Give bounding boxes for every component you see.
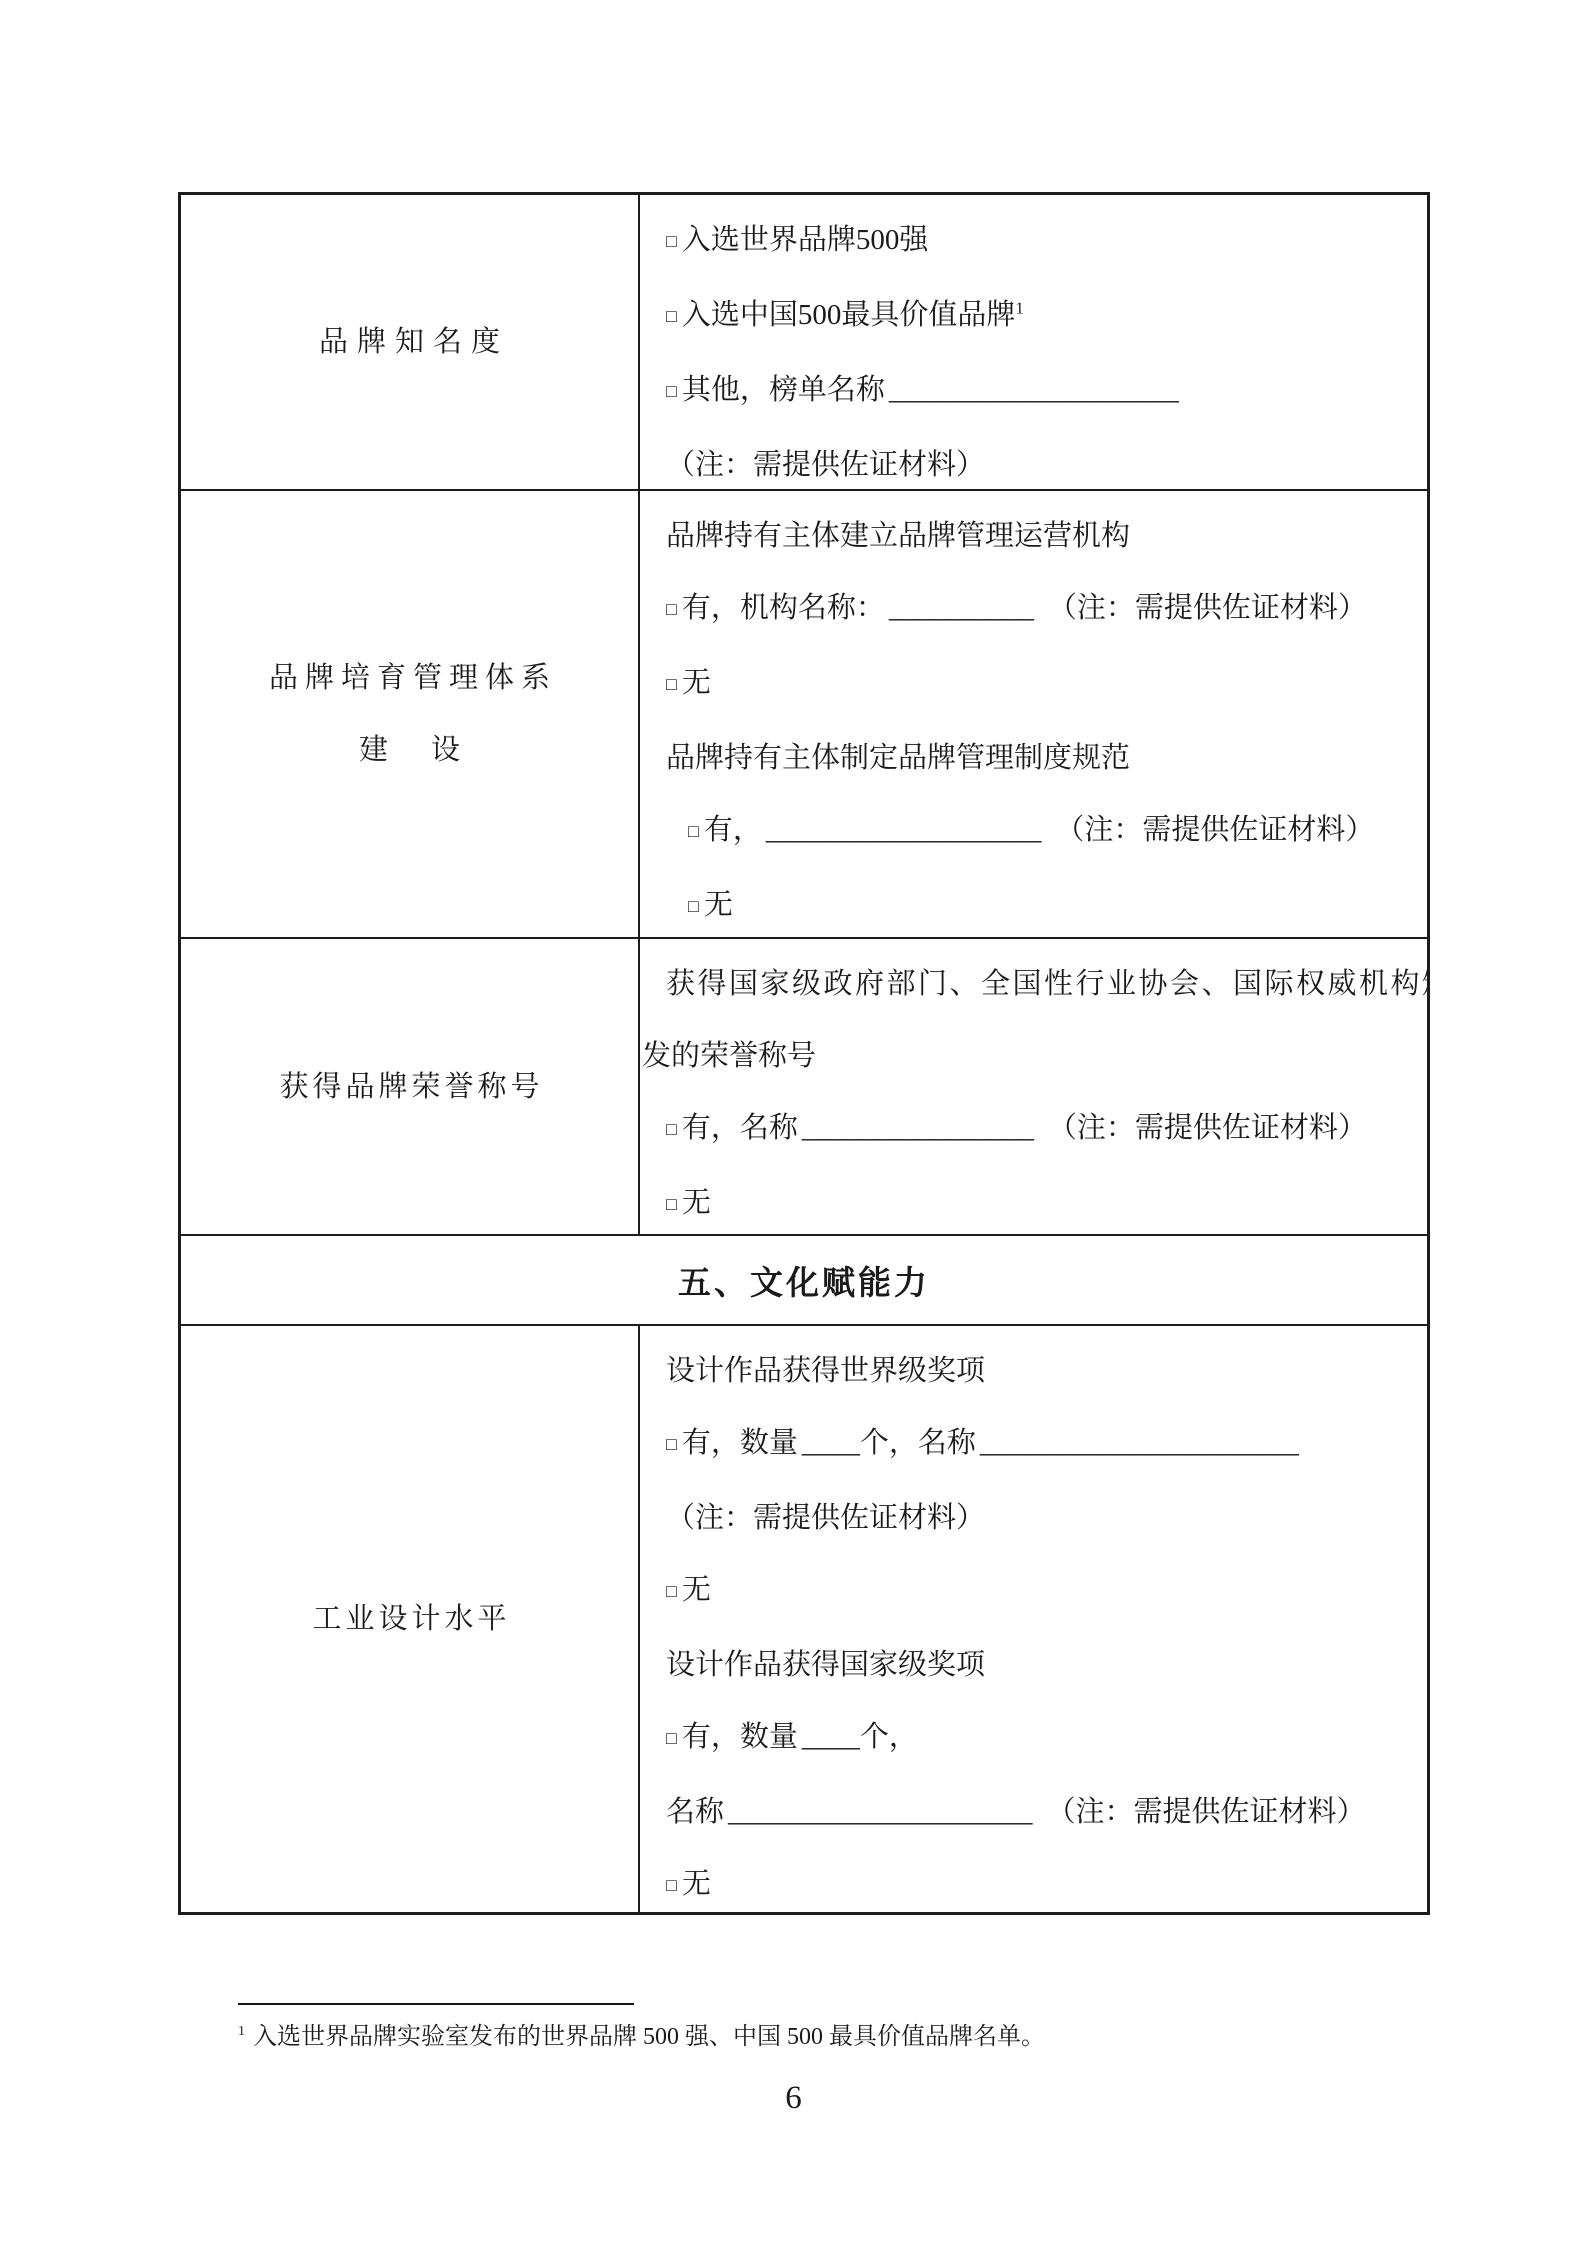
checkbox-icon[interactable]: □	[666, 1555, 677, 1627]
form-line: □有，数量____个，	[666, 1701, 1409, 1776]
line-text: 无	[682, 1868, 711, 1900]
line-text: 发的荣誉称号	[642, 1040, 816, 1072]
section-header-text: 五、文化赋能力	[678, 1257, 930, 1304]
checkbox-icon[interactable]: □	[666, 1849, 677, 1912]
fill-in-blank: ____________________	[889, 374, 1179, 406]
statement-line: 品牌持有主体建立品牌管理运营机构	[666, 500, 1409, 572]
fill-in-blank: ________________	[802, 1112, 1034, 1144]
row-label-text: 建 设	[352, 714, 467, 786]
line-text: 无	[682, 667, 711, 699]
line-text: 无	[682, 1187, 711, 1219]
footnote-marker: 1	[238, 2024, 245, 2039]
checkbox-icon[interactable]: □	[666, 280, 677, 352]
checkbox-icon[interactable]: □	[666, 1702, 677, 1774]
checkbox-icon[interactable]: □	[666, 573, 677, 645]
footnote-separator	[238, 2003, 634, 2005]
row-label-text: 工业设计水平	[308, 1583, 510, 1655]
section-header: 五、文化赋能力	[181, 1236, 1427, 1324]
page-number: 6	[0, 2080, 1587, 2117]
note-text: （注：需提供佐证材料）	[1055, 814, 1374, 846]
note-text: （注：需提供佐证材料）	[666, 1502, 985, 1534]
note-line: （注：需提供佐证材料）	[666, 1482, 1409, 1554]
footnote-ref: 1	[1015, 298, 1023, 317]
row-content: □入选世界品牌500强 □入选中国500最具价值品牌1 □其他，榜单名称____…	[640, 195, 1427, 489]
line-text: 获得国家级政府部门、全国性行业协会、国际权威机构颁	[666, 968, 1427, 1000]
row-label-text: 品牌知名度	[310, 306, 509, 378]
note-text: （注：需提供佐证材料）	[666, 449, 985, 481]
row-label: 工业设计水平	[181, 1326, 640, 1912]
row-content: 获得国家级政府部门、全国性行业协会、国际权威机构颁 发的荣誉称号 □有，名称__…	[640, 939, 1427, 1234]
table-row-brand-honor: 获得品牌荣誉称号 获得国家级政府部门、全国性行业协会、国际权威机构颁 发的荣誉称…	[181, 939, 1427, 1236]
line-text: 有，	[704, 814, 762, 846]
line-text: 品牌持有主体建立品牌管理运营机构	[666, 520, 1130, 552]
line-text: 无	[682, 1574, 711, 1606]
table-row-section-header: 五、文化赋能力	[181, 1236, 1427, 1326]
line-text: 有，名称	[682, 1112, 798, 1144]
form-line: □无	[666, 1848, 1409, 1912]
form-line: □无	[666, 1554, 1409, 1629]
form-line: □有，___________________（注：需提供佐证材料）	[688, 794, 1409, 869]
form-line: □无	[666, 647, 1409, 722]
row-label: 品牌知名度	[181, 195, 640, 489]
line-text: 有，数量	[682, 1721, 798, 1753]
form-line: □无	[666, 1167, 1409, 1234]
fill-in-blank: _____________________	[728, 1796, 1033, 1828]
checkbox-icon[interactable]: □	[666, 1408, 677, 1480]
line-text: 个，名称	[860, 1427, 976, 1459]
form-line: □其他，榜单名称____________________	[666, 354, 1409, 429]
statement-line: 品牌持有主体制定品牌管理制度规范	[666, 722, 1409, 794]
form-line: □有，机构名称：__________（注：需提供佐证材料）	[666, 572, 1409, 647]
form-table: 品牌知名度 □入选世界品牌500强 □入选中国500最具价值品牌1 □其他，榜单…	[178, 192, 1430, 1915]
checkbox-icon[interactable]: □	[688, 795, 699, 867]
form-line: □无	[688, 869, 1409, 937]
checkbox-icon[interactable]: □	[666, 355, 677, 427]
statement-line: 获得国家级政府部门、全国性行业协会、国际权威机构颁	[666, 948, 1409, 1020]
statement-line: 设计作品获得国家级奖项	[666, 1629, 1409, 1701]
document-page: 品牌知名度 □入选世界品牌500强 □入选中国500最具价值品牌1 □其他，榜单…	[0, 0, 1587, 2245]
form-line: 名称_____________________（注：需提供佐证材料）	[666, 1776, 1409, 1848]
line-text: 个，	[860, 1721, 918, 1753]
note-text: （注：需提供佐证材料）	[1047, 1796, 1366, 1828]
statement-line: 设计作品获得世界级奖项	[666, 1335, 1409, 1407]
line-text: 其他，榜单名称	[682, 374, 885, 406]
line-text: 设计作品获得国家级奖项	[666, 1649, 985, 1681]
footnote-text: 入选世界品牌实验室发布的世界品牌 500 强、中国 500 最具价值品牌名单。	[253, 2024, 1045, 2050]
row-label-text: 品牌培育管理体系	[262, 642, 557, 714]
fill-in-blank: ___________________	[766, 814, 1042, 846]
checkbox-icon[interactable]: □	[666, 1093, 677, 1165]
line-text: 入选世界品牌500强	[682, 224, 929, 256]
checkbox-icon[interactable]: □	[666, 205, 677, 277]
line-text: 入选中国500最具价值品牌	[682, 299, 1016, 331]
row-content: 设计作品获得世界级奖项 □有，数量____个，名称_______________…	[640, 1326, 1427, 1912]
form-line: □有，数量____个，名称______________________	[666, 1407, 1409, 1482]
form-line: □入选世界品牌500强	[666, 204, 1409, 279]
line-text: 名称	[666, 1796, 724, 1828]
row-content: 品牌持有主体建立品牌管理运营机构 □有，机构名称：__________（注：需提…	[640, 491, 1427, 937]
footnote: 1入选世界品牌实验室发布的世界品牌 500 强、中国 500 最具价值品牌名单。	[238, 2020, 1338, 2054]
table-row-brand-awareness: 品牌知名度 □入选世界品牌500强 □入选中国500最具价值品牌1 □其他，榜单…	[181, 195, 1427, 491]
form-line: □有，名称________________（注：需提供佐证材料）	[666, 1092, 1409, 1167]
fill-in-blank: ______________________	[980, 1427, 1299, 1459]
line-text: 有，机构名称：	[682, 592, 885, 624]
checkbox-icon[interactable]: □	[688, 870, 699, 937]
fill-in-blank: __________	[889, 592, 1034, 624]
note-text: （注：需提供佐证材料）	[1048, 592, 1367, 624]
note-line: （注：需提供佐证材料）	[666, 429, 1409, 489]
fill-in-blank: ____	[802, 1721, 860, 1753]
table-row-industrial-design: 工业设计水平 设计作品获得世界级奖项 □有，数量____个，名称________…	[181, 1326, 1427, 1912]
line-text: 有，数量	[682, 1427, 798, 1459]
row-label: 品牌培育管理体系 建 设	[181, 491, 640, 937]
statement-line: 发的荣誉称号	[642, 1020, 1409, 1092]
table-row-brand-cultivation: 品牌培育管理体系 建 设 品牌持有主体建立品牌管理运营机构 □有，机构名称：__…	[181, 491, 1427, 939]
row-label: 获得品牌荣誉称号	[181, 939, 640, 1234]
note-text: （注：需提供佐证材料）	[1048, 1112, 1367, 1144]
line-text: 无	[704, 889, 733, 921]
form-line: □入选中国500最具价值品牌1	[666, 279, 1409, 354]
checkbox-icon[interactable]: □	[666, 648, 677, 720]
row-label-text: 获得品牌荣誉称号	[275, 1051, 543, 1123]
line-text: 设计作品获得世界级奖项	[666, 1355, 985, 1387]
line-text: 品牌持有主体制定品牌管理制度规范	[666, 742, 1130, 774]
fill-in-blank: ____	[802, 1427, 860, 1459]
checkbox-icon[interactable]: □	[666, 1168, 677, 1234]
